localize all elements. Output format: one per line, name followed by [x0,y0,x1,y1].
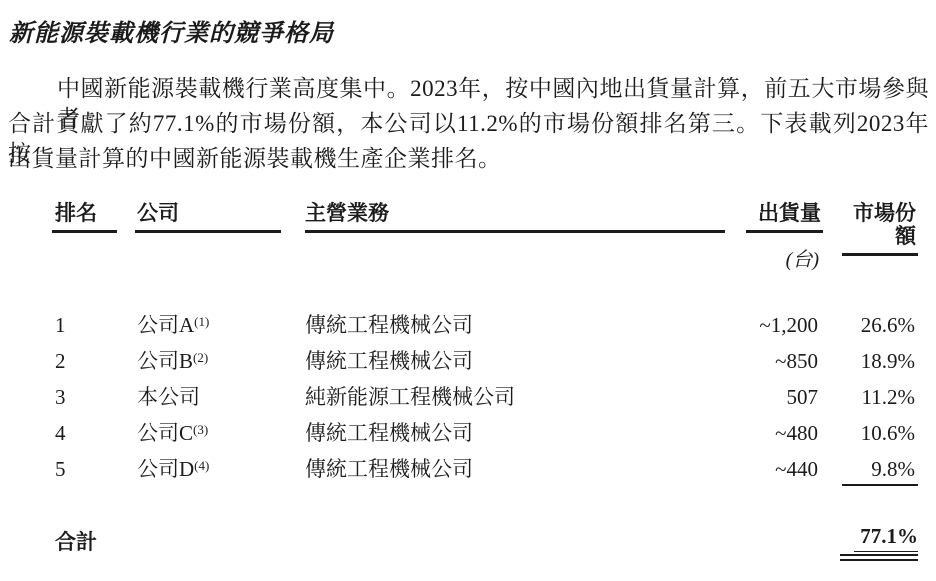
company-cell: 公司C(3) [137,421,297,445]
unit-note: (台) [725,243,819,272]
company-name: 本公司 [137,385,200,409]
company-cell: 公司B(2) [137,349,297,373]
shipment-cell: ~850 [725,349,823,373]
company-name: 公司D [137,457,194,481]
rank-cell: 5 [55,457,117,481]
market-share-cell: 11.2% [842,385,918,409]
rank-cell: 1 [55,313,117,337]
rank-cell: 4 [55,421,117,445]
market-share-cell: 9.8% [842,457,918,486]
business-cell: 傳統工程機械公司 [305,349,725,373]
market-share-cell: 10.6% [842,421,918,445]
footnote-marker: (3) [193,422,208,437]
shipment-cell: ~1,200 [725,313,823,337]
column-header-rank: 排名 [52,202,117,233]
double-underline-rule [840,554,918,561]
section-title: 新能源裝載機行業的競爭格局 [9,13,919,48]
company-cell: 公司A(1) [137,313,297,337]
column-header-business: 主營業務 [305,202,725,233]
paragraph-line: 出貨量計算的中國新能源裝載機生產企業排名。 [8,144,929,179]
company-name: 公司C [137,421,193,445]
shipment-cell: 507 [725,385,823,409]
company-name: 公司A [137,313,194,337]
company-cell: 公司D(4) [137,457,297,481]
table-row: 1 公司A(1) 傳統工程機械公司 ~1,200 26.6% [0,313,936,341]
table-row: 2 公司B(2) 傳統工程機械公司 ~850 18.9% [0,349,936,377]
column-header-company: 公司 [135,202,281,233]
total-label: 合計 [55,526,97,556]
paragraph-line: 中國新能源裝載機行業高度集中。2023年，按中國內地出貨量計算，前五大市場參與者 [8,74,929,109]
business-cell: 傳統工程機械公司 [305,313,725,337]
footnote-marker: (2) [193,350,208,365]
market-share-cell: 18.9% [842,349,918,373]
business-cell: 傳統工程機械公司 [305,421,725,445]
table-row: 4 公司C(3) 傳統工程機械公司 ~480 10.6% [0,421,936,449]
intro-paragraph: 中國新能源裝載機行業高度集中。2023年，按中國內地出貨量計算，前五大市場參與者… [8,74,929,179]
shipment-cell: ~480 [725,421,823,445]
shipment-cell: ~440 [725,457,823,481]
market-share-cell: 26.6% [842,313,918,337]
total-market-share-value: 77.1% [854,524,918,552]
business-cell: 純新能源工程機械公司 [305,385,725,409]
rank-cell: 2 [55,349,117,373]
document-page: 新能源裝載機行業的競爭格局 中國新能源裝載機行業高度集中。2023年，按中國內地… [0,0,936,581]
table-row: 5 公司D(4) 傳統工程機械公司 ~440 9.8% [0,457,936,485]
column-header-market-share: 市場份額 [842,202,918,256]
column-header-shipment: 出貨量 [746,202,823,233]
paragraph-line: 合計貢獻了約77.1%的市場份額，本公司以11.2%的市場份額排名第三。下表載列… [8,109,929,144]
footnote-marker: (1) [194,314,209,329]
company-name: 公司B [137,349,193,373]
footnote-marker: (4) [194,458,209,473]
business-cell: 傳統工程機械公司 [305,457,725,481]
total-market-share: 77.1% [840,524,918,561]
table-row: 3 本公司 純新能源工程機械公司 507 11.2% [0,385,936,413]
rank-cell: 3 [55,385,117,409]
company-cell: 本公司 [137,385,297,409]
